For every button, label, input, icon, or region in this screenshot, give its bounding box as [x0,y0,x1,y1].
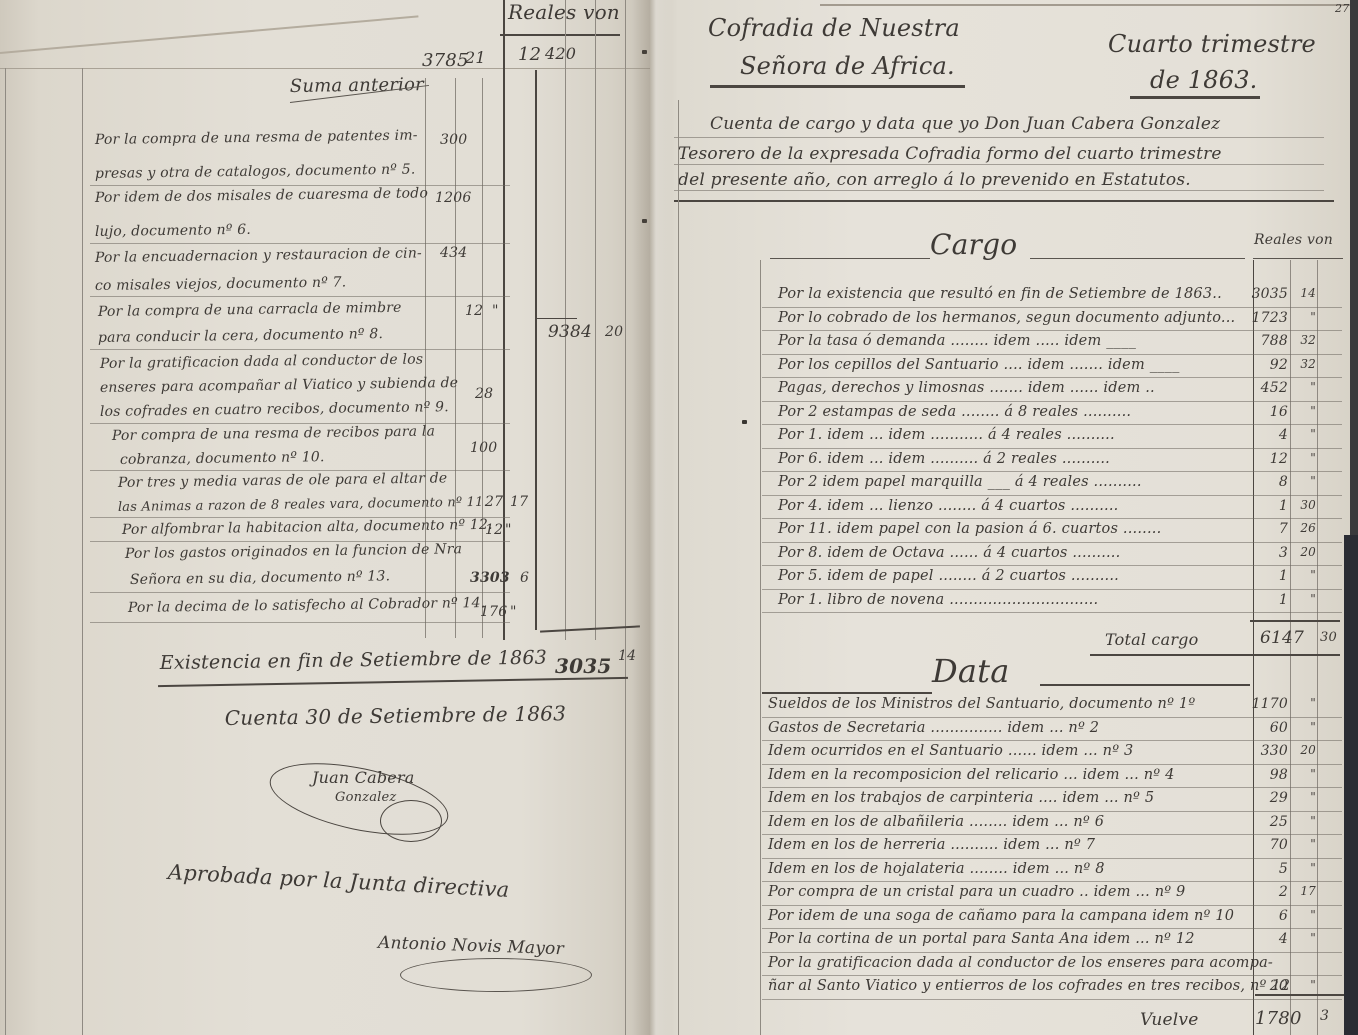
row-reales: 3 [1240,545,1288,561]
margin-rule [82,68,83,1035]
row-vellon: " [1292,404,1316,418]
quarter-title: Cuarto trimestre [1108,30,1316,58]
row-line [90,423,510,424]
top-rule [820,4,1350,6]
row-line [762,377,1342,378]
row-line [90,296,510,297]
row-vellon: 32 [1292,357,1316,371]
carried-forward-reales: 3785 [422,50,469,71]
date-line: Cuenta 30 de Setiembre de 1863 [225,701,567,730]
row-text: Por la cortina de un portal para Santa A… [768,931,1195,947]
row-reales: 92 [1240,357,1288,373]
row-text: Por 11. idem papel con la pasion á 6. cu… [778,521,1161,537]
row-line [762,975,1342,976]
row-text: Por la gratificacion dada al conductor d… [768,955,1273,971]
right-ledger-page: 27 Cofradia de Nuestra Señora de Africa.… [650,0,1350,1035]
title-underline [1130,96,1260,99]
row-text: Idem ocurridos en el Santuario ...... id… [768,743,1133,759]
row-reales: 3035 [1240,286,1288,302]
row-line [762,518,1342,519]
row-line [90,243,510,244]
row-line [674,164,1324,165]
row-text: Por compra de un cristal para un cuadro … [768,884,1185,900]
row-vellon: 32 [1292,333,1316,347]
row-vellon: " [1292,837,1316,851]
row-reales: 1 [1240,498,1288,514]
margin-rule [760,260,761,1035]
entry-text: Por los gastos originados en la funcion … [125,541,462,562]
entry-vellon: " [510,604,517,620]
left-ledger-page: Reales von Suma anterior 3785 21 12 420 … [0,0,650,1035]
row-line [762,471,1342,472]
row-reales: 16 [1240,404,1288,420]
entry-text: para conducir la cera, documento nº 8. [98,326,383,346]
total-cargo-vellon: 30 [1320,630,1337,645]
row-vellon: " [1292,931,1316,945]
column-rule [595,0,596,640]
section-rule [674,200,1334,202]
row-vellon: " [1292,908,1316,922]
row-line [90,592,510,593]
carry-reales: 1780 [1255,1008,1302,1029]
entry-text: Por la gratificacion dada al conductor d… [100,351,423,372]
row-reales: 1723 [1240,310,1288,326]
row-vellon: " [1292,451,1316,465]
column-rule [535,70,537,630]
row-reales: 8 [1240,474,1288,490]
signature-flourish [400,958,592,992]
row-line [762,565,1342,566]
total-rule [1255,994,1345,996]
row-reales: 98 [1240,767,1288,783]
total-cargo-label: Total cargo [1105,630,1198,649]
entry-text: Señora en su dia, documento nº 13. [130,568,391,588]
entry-text: Por idem de dos misales de cuaresma de t… [95,185,428,206]
row-text: Por 4. idem ... lienzo ........ á 4 cuar… [778,498,1118,514]
approval-text: Aprobada por la Junta directiva [167,860,510,902]
row-text: Idem en la recomposicion del relicario .… [768,767,1175,783]
heading-rule [1040,684,1250,686]
row-line [762,424,1342,425]
entry-text: Por la compra de una resma de patentes i… [95,127,418,148]
quarter-title: de 1863. [1150,66,1258,94]
carried-forward-col2-reales: 12 [518,44,541,65]
row-line [762,999,1342,1000]
carry-vellon: 3 [1320,1008,1329,1024]
row-line [762,330,1342,331]
entry-text: enseres para acompañar al Viatico y subi… [100,375,459,396]
row-text: Sueldos de los Ministros del Santuario, … [768,696,1195,712]
confraternity-title: Cofradia de Nuestra [708,14,960,42]
entry-vellon: " [492,303,499,319]
signature-line: Antonio Novis Mayor [378,933,564,959]
row-line [762,448,1342,449]
row-reales: 4 [1240,931,1288,947]
intro-text: Tesorero de la expresada Cofradia formo … [678,144,1222,164]
row-text: Idem en los trabajos de carpinteria ....… [768,790,1154,806]
row-text: Idem en los de hojalateria ........ idem… [768,861,1105,877]
row-line [674,137,1324,138]
row-text: Por 5. idem de papel ........ á 2 cuarto… [778,568,1119,584]
row-vellon: 14 [1292,286,1316,300]
margin-rule [678,100,679,1035]
entry-text: Por la encuadernacion y restauracion de … [95,245,422,266]
entry-text: Por tres y media varas de ole para el al… [118,470,448,491]
row-text: Por lo cobrado de los hermanos, segun do… [778,310,1235,326]
row-text: Por 2 estampas de seda ........ á 8 real… [778,404,1131,420]
row-line [90,185,510,186]
ink-spot [742,420,747,424]
entry-text: las Animas a razon de 8 reales vara, doc… [118,495,488,515]
row-line [762,811,1342,812]
row-reales: 25 [1240,814,1288,830]
entry-vellon: 17 [510,494,528,510]
entry-text: Por alfombrar la habitacion alta, docume… [122,517,493,538]
existencia-underline [158,677,628,687]
entry-text: cobranza, documento nº 10. [120,449,325,468]
row-text: Por idem de una soga de cañamo para la c… [768,908,1234,924]
row-reales: 4 [1240,427,1288,443]
row-text: Idem en los de albañileria ........ idem… [768,814,1104,830]
row-line [762,834,1342,835]
row-reales: 5 [1240,861,1288,877]
entry-reales: 12 [465,303,483,319]
row-line [90,349,510,350]
row-vellon: 26 [1292,521,1316,535]
heading-rule [770,258,930,259]
entry-text: presas y otra de catalogos, documento nº… [95,162,416,182]
cargo-heading: Cargo [930,228,1017,261]
row-vellon: " [1292,310,1316,324]
row-line [762,589,1342,590]
row-line [762,495,1342,496]
entry-vellon: " [505,522,512,538]
row-line [762,881,1342,882]
row-vellon: " [1292,380,1316,394]
row-vellon: " [1292,720,1316,734]
data-heading: Data [932,652,1009,690]
row-text: Por 1. idem ... idem ........... á 4 rea… [778,427,1115,443]
row-line [90,622,510,623]
confraternity-title: Señora de Africa. [740,52,955,80]
intro-text: del presente año, con arreglo á lo preve… [678,170,1191,190]
carried-forward-vellon: 21 [465,48,486,67]
row-text: Por la tasa ó demanda ........ idem ....… [778,333,1136,349]
total-cargo-reales: 6147 [1260,628,1304,648]
heading-rule [762,692,932,694]
row-text: Por la existencia que resultó en fin de … [778,286,1222,302]
row-text: Por 1. libro de novena .................… [778,592,1098,608]
column-rule [503,0,505,640]
row-vellon: " [1292,790,1316,804]
entry-reales: 100 [470,440,497,456]
carried-forward-col2-vellon: 420 [545,44,576,63]
cargo-column-header: Reales von [1254,232,1333,248]
book-gutter [632,0,672,1035]
existencia-label: Existencia en fin de Setiembre de 1863 [160,647,547,674]
title-underline [710,85,965,88]
entry-text: los cofrades en cuatro recibos, document… [100,399,449,420]
page-number: 27 [1335,2,1349,15]
row-vellon: " [1292,696,1316,710]
signature-line: Juan Cabera [312,768,415,787]
row-line [762,354,1342,355]
row-line [762,740,1342,741]
row-text: Idem en los de herreria .......... idem … [768,837,1095,853]
row-vellon: 30 [1292,498,1316,512]
margin-rule [5,68,6,1035]
total-rule [1250,620,1340,622]
row-line [762,928,1342,929]
entry-reales: 27 [485,494,503,510]
row-line [762,905,1342,906]
row-reales: 1170 [1240,696,1288,712]
row-text: Pagas, derechos y limosnas ....... idem … [778,380,1155,396]
row-reales: 12 [1240,451,1288,467]
intro-text: Cuenta de cargo y data que yo Don Juan C… [710,114,1220,134]
column-rule [565,0,566,640]
row-line [762,307,1342,308]
row-vellon: " [1292,474,1316,488]
left-column-header: Reales von [508,0,620,24]
row-vellon: 17 [1292,884,1316,898]
subtotal-rule [537,318,577,319]
row-reales: 20 [1240,978,1288,994]
row-text: Por 8. idem de Octava ...... á 4 cuartos… [778,545,1120,561]
entry-text: lujo, documento nº 6. [95,222,251,240]
entry-reales: 300 [440,132,467,148]
row-vellon: " [1292,861,1316,875]
row-reales: 330 [1240,743,1288,759]
row-vellon: " [1292,814,1316,828]
row-line [762,952,1342,953]
row-vellon: " [1292,767,1316,781]
row-text: Por los cepillos del Santuario .... idem… [778,357,1180,373]
carry-label: Vuelve [1140,1010,1199,1030]
entry-text: Por la compra de una carracla de mimbre [98,300,402,320]
column-rule [625,0,626,1035]
total-rule [1090,654,1340,656]
entry-reales: 3303 [470,570,510,586]
entry-reales: 12 [485,522,503,538]
entry-text: Por compra de una resma de recibos para … [112,423,435,444]
row-reales: 29 [1240,790,1288,806]
heading-rule [1253,258,1343,259]
row-vellon: " [1292,568,1316,582]
row-vellon: " [1292,592,1316,606]
signature-flourish [380,800,442,842]
row-line [762,717,1342,718]
entry-vellon: 6 [520,570,529,586]
row-reales: 6 [1240,908,1288,924]
row-vellon: " [1292,427,1316,441]
row-reales: 70 [1240,837,1288,853]
heading-rule [1030,258,1245,259]
entry-text: Por la decima de lo satisfecho al Cobrad… [128,595,486,616]
page-edge-curve [0,15,418,54]
row-text: ñar al Santo Viatico y entierros de los … [768,978,1290,994]
entry-reales: 434 [440,245,467,261]
subtotal-vellon: 20 [605,324,623,340]
row-vellon: 20 [1292,545,1316,559]
row-reales: 1 [1240,592,1288,608]
row-vellon: " [1292,978,1316,992]
row-reales: 788 [1240,333,1288,349]
column-rule [482,78,483,638]
row-text: Gastos de Secretaria ............... ide… [768,720,1099,736]
row-reales: 60 [1240,720,1288,736]
row-reales: 452 [1240,380,1288,396]
entry-reales: 176 [480,604,507,620]
background-edge [1344,535,1358,1035]
top-rule [0,68,650,69]
row-line [762,612,1342,613]
subtotal-reales: 9384 [548,322,592,342]
row-line [762,787,1342,788]
signature-line: Gonzalez [335,790,396,805]
entry-text: co misales viejos, documento nº 7. [95,274,347,294]
row-reales: 1 [1240,568,1288,584]
row-line [762,858,1342,859]
row-text: Por 2 idem papel marquilla ___ á 4 reale… [778,474,1142,490]
header-underline [500,34,620,36]
entry-reales: 1206 [435,190,471,206]
row-line [762,401,1342,402]
row-line [674,190,1324,191]
entry-reales: 28 [475,386,493,402]
row-text: Por 6. idem ... idem .......... á 2 real… [778,451,1110,467]
row-line [762,764,1342,765]
existencia-reales: 3035 [555,654,611,678]
row-vellon: 20 [1292,743,1316,757]
row-reales: 7 [1240,521,1288,537]
row-line [762,542,1342,543]
row-reales: 2 [1240,884,1288,900]
